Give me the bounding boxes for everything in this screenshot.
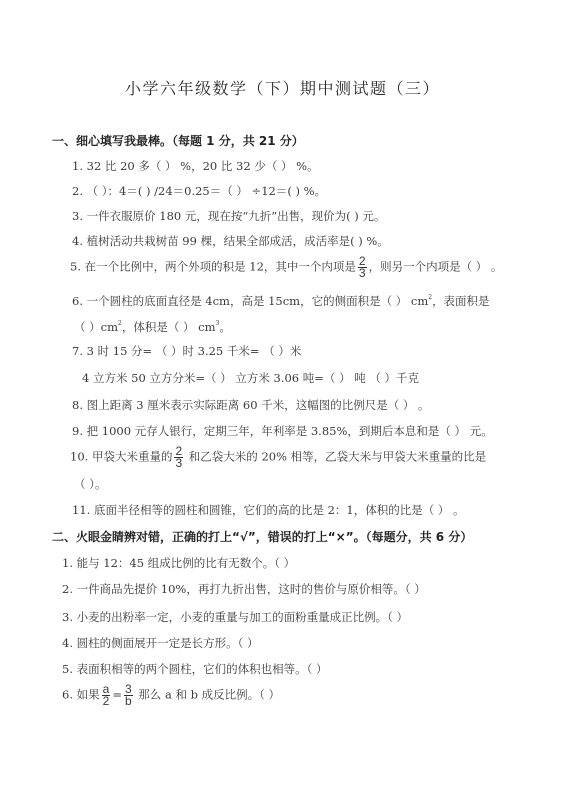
question-1-6: 6. 一个圆柱的底面直径是 4cm，高是 15cm，它的侧面积是（ ） cm2，… bbox=[72, 290, 490, 309]
question-2-6: 6. 如果a2=3b 那么 a 和 b 成反比例。（ ） bbox=[62, 684, 280, 707]
question-2-5: 5. 表面积相等的两个圆柱，它们的体积也相等。（ ） bbox=[62, 661, 328, 677]
q5-text-post: ，则另一个内项是（ ） 。 bbox=[369, 260, 503, 274]
fraction-two-thirds: 23 bbox=[174, 446, 183, 469]
question-1-11: 11. 底面半径相等的圆柱和圆锥，它们的高的比是 2：1，体积的比是（ ） 。 bbox=[72, 502, 465, 518]
question-2-3: 3. 小麦的出粉率一定，小麦的重量与加工的面粉重量成正比例。（ ） bbox=[62, 609, 408, 625]
question-1-1: 1. 32 比 20 多（ ） %，20 比 32 少（ ） %。 bbox=[72, 158, 319, 174]
question-2-1: 1. 能与 12：45 组成比例的比有无数个。（ ） bbox=[62, 555, 295, 571]
question-1-9: 9. 把 1000 元存人银行，定期三年，年利率是 3.85%，到期后本息和是（… bbox=[72, 423, 493, 439]
question-1-3: 3. 一件衣服原价 180 元，现在按“九折”出售，现价为( ) 元。 bbox=[72, 208, 385, 224]
question-1-7: 7. 3 时 15 分= （ ）时 3.25 千米= （ ）米 bbox=[72, 343, 301, 359]
section-1-header: 一、细心填写我最棒。（每题 1 分，共 21 分） bbox=[52, 133, 304, 149]
fraction-3-over-b: 3b bbox=[124, 684, 133, 707]
question-1-10: 10. 甲袋大米重量的23 和乙袋大米的 20% 相等，乙袋大米与甲袋大米重量的… bbox=[70, 446, 486, 469]
question-1-7-continued: 4 立方米 50 立方分米=（ ） 立方米 3.06 吨=（ ） 吨 （ ）千克 bbox=[82, 370, 419, 386]
page-title: 小学六年级数学（下）期中测试题（三） bbox=[0, 76, 565, 99]
q5-text-pre: 5. 在一个比例中，两个外项的积是 12，其中一个内项是 bbox=[70, 260, 356, 274]
question-1-5: 5. 在一个比例中，两个外项的积是 12，其中一个内项是23，则另一个内项是（ … bbox=[70, 256, 502, 279]
question-2-4: 4. 圆柱的侧面展开一定是长方形。（ ） bbox=[62, 635, 259, 651]
question-1-4: 4. 植树活动共栽树苗 99 棵，结果全部成活，成活率是( ) %。 bbox=[72, 233, 389, 249]
question-1-8: 8. 图上距离 3 厘米表示实际距离 60 千米，这幅图的比例尺是（ ） 。 bbox=[72, 397, 430, 413]
question-1-6-continued: （ ）cm2，体积是（ ） cm3。 bbox=[74, 316, 231, 335]
section-2-header: 二、火眼金睛辨对错，正确的打上“√”，错误的打上“×”。（每题分，共 6 分） bbox=[52, 529, 472, 545]
question-1-10-continued: （ ）。 bbox=[74, 476, 106, 492]
question-1-2: 2. （ ）：4＝( ) /24＝0.25＝（ ） ÷12＝( ) %。 bbox=[72, 183, 326, 199]
fraction-two-thirds: 23 bbox=[358, 256, 367, 279]
fraction-a-over-2: a2 bbox=[102, 684, 111, 707]
question-2-2: 2. 一件商品先提价 10%，再打九折出售，这时的售价与原价相等。（ ） bbox=[62, 581, 426, 597]
